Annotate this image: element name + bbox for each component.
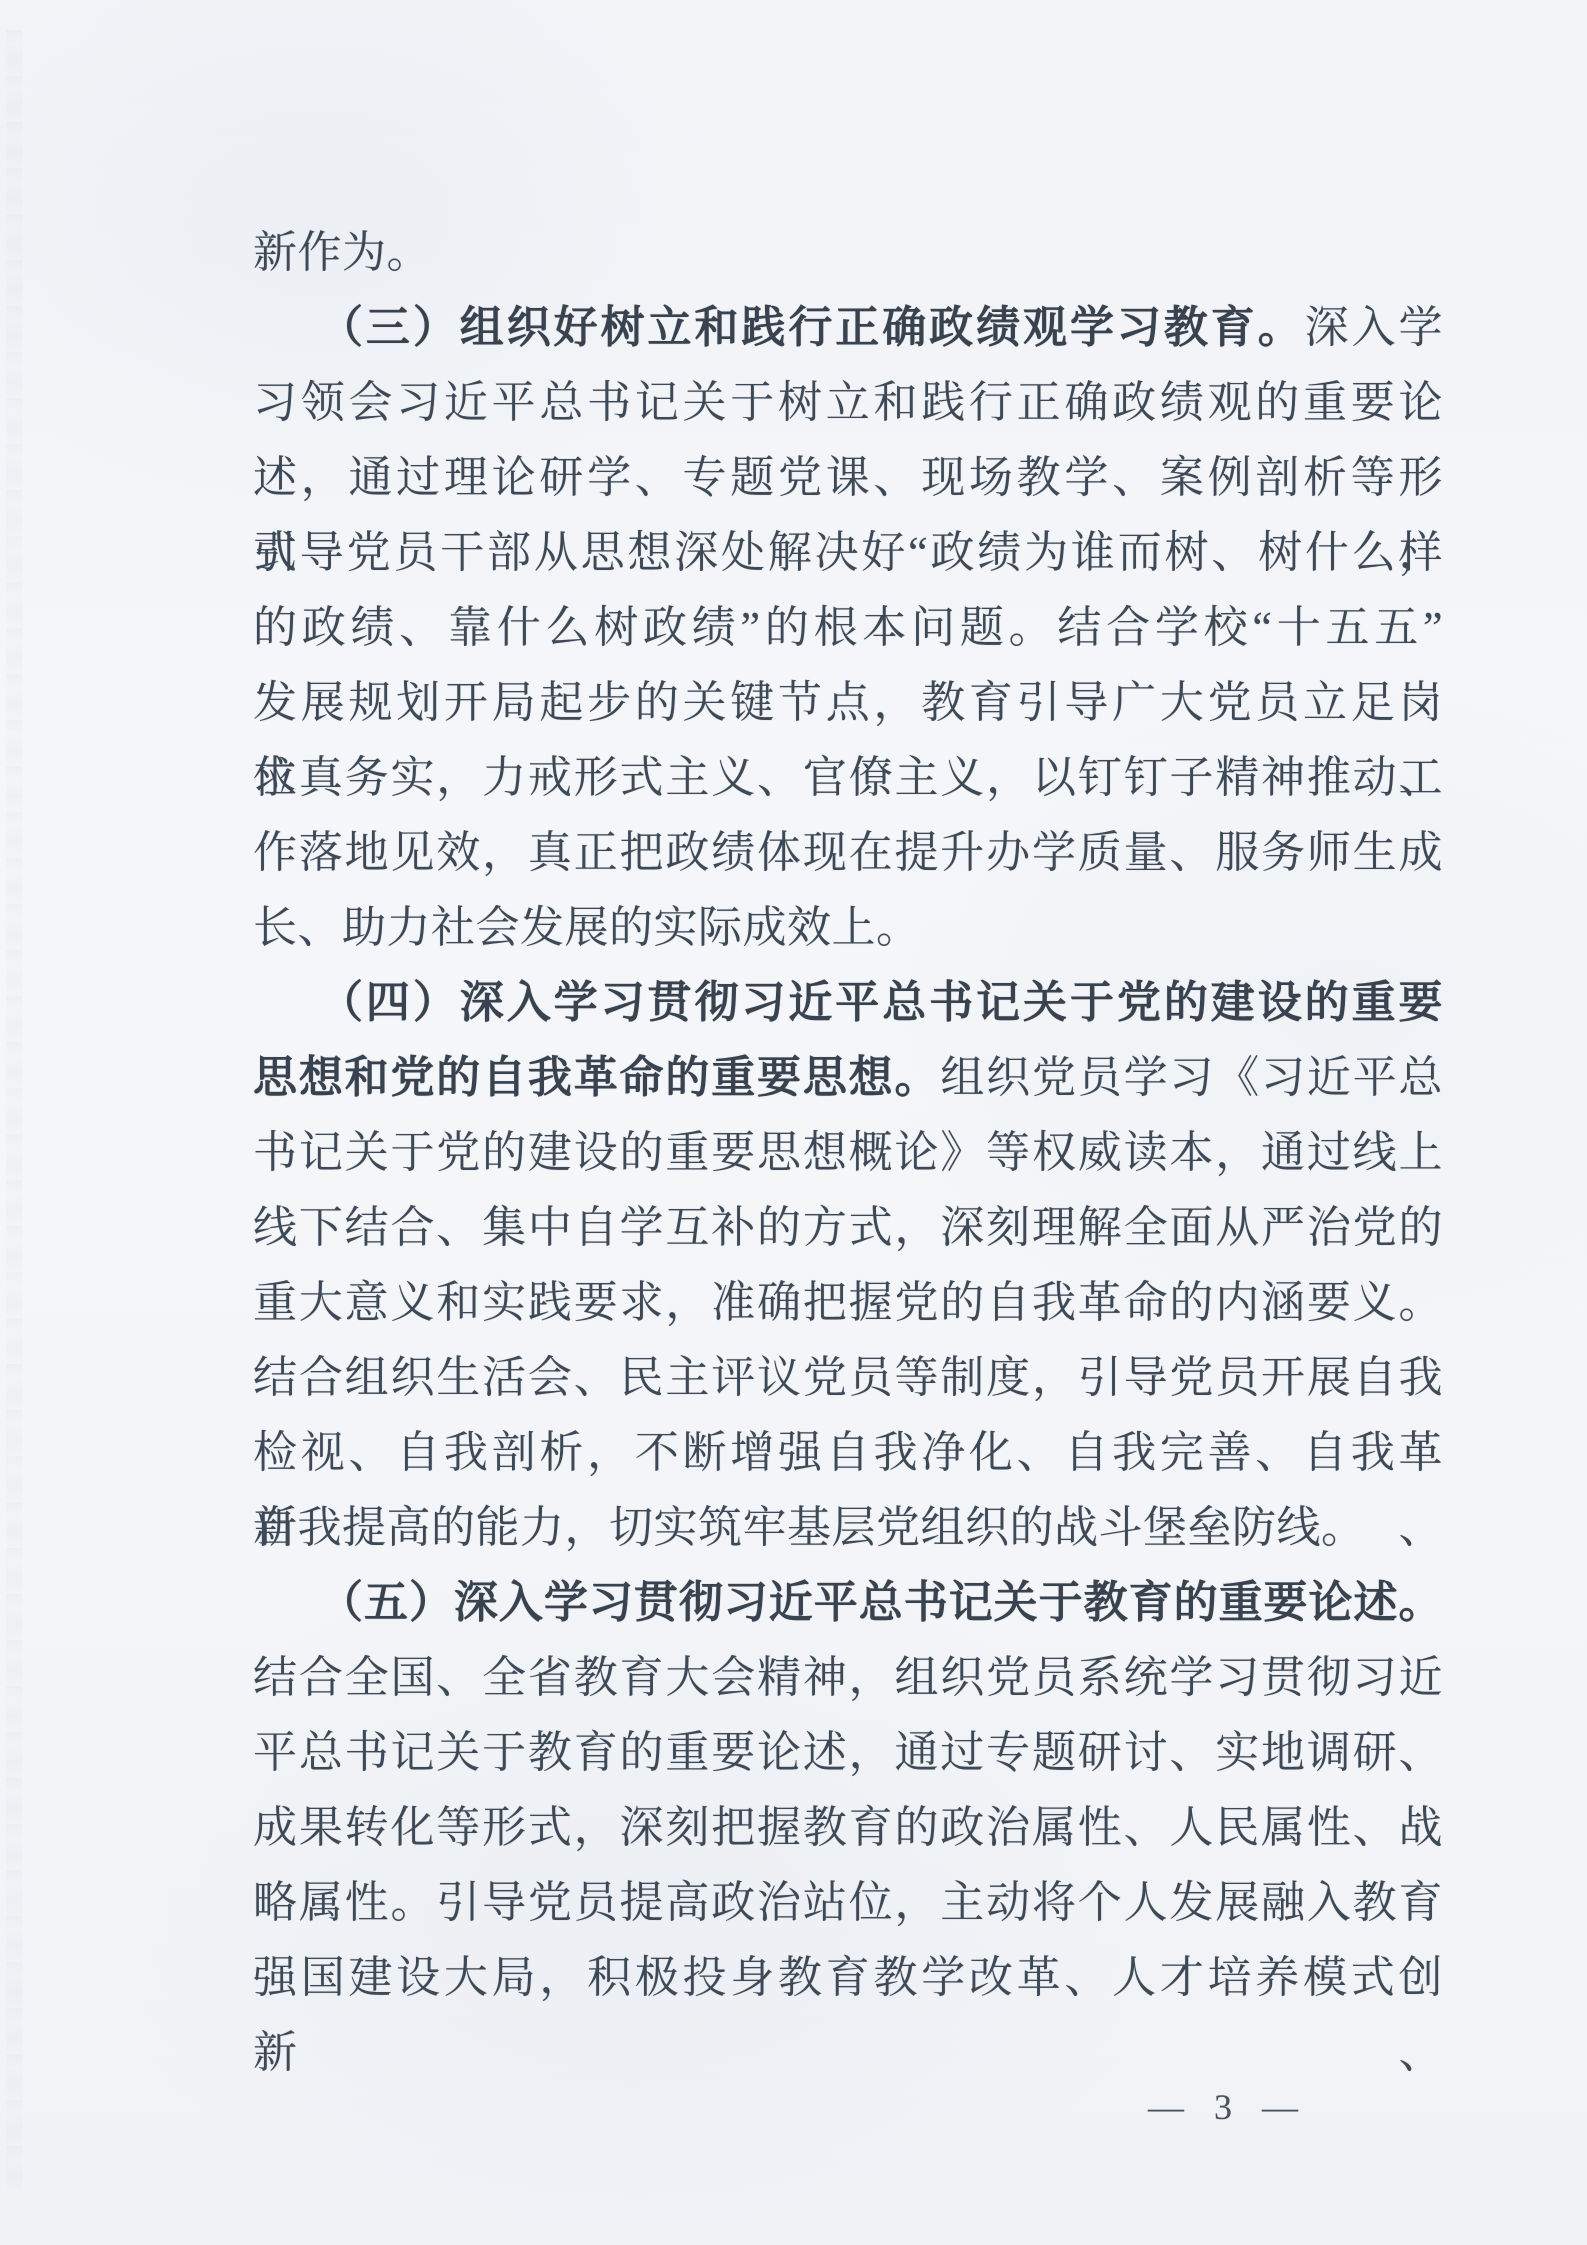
- section-heading-text: 思想和党的自我革命的重要思想。: [253, 1053, 940, 1102]
- text-line: 略属性。引导党员提高政治站位，主动将个人发展融入教育: [253, 1865, 1443, 1940]
- body-text: 结合组织生活会、民主评议党员等制度，引导党员开展自我: [253, 1353, 1443, 1402]
- body-text: 求真务实，力戒形式主义、官僚主义，以钉钉子精神推动工: [253, 753, 1443, 802]
- text-line: （五）深入学习贯彻习近平总书记关于教育的重要论述。: [253, 1565, 1443, 1640]
- text-line: 习领会习近平总书记关于树立和践行正确政绩观的重要论: [253, 365, 1443, 440]
- text-line: 的政绩、靠什么树政绩”的根本问题。结合学校“十五五”: [253, 590, 1443, 665]
- text-line: 自我提高的能力，切实筑牢基层党组织的战斗堡垒防线。: [253, 1490, 1443, 1565]
- body-text: 长、助力社会发展的实际成效上。: [253, 903, 921, 952]
- section-heading-text: （三）组织好树立和践行正确政绩观学习教育。: [319, 303, 1305, 352]
- text-line: （四）深入学习贯彻习近平总书记关于党的建设的重要: [253, 965, 1443, 1040]
- body-text: 的政绩、靠什么树政绩”的根本问题。结合学校“十五五”: [253, 603, 1443, 652]
- text-line: 新作为。: [253, 215, 1443, 290]
- section-heading-text: （四）深入学习贯彻习近平总书记关于党的建设的重要: [319, 978, 1443, 1027]
- text-line: 述，通过理论研学、专题党课、现场教学、案例剖析等形式，: [253, 440, 1443, 515]
- scan-edge-artifact: [6, 30, 22, 2190]
- footer-right-dash: —: [1262, 2086, 1298, 2128]
- text-line: 成果转化等形式，深刻把握教育的政治属性、人民属性、战: [253, 1790, 1443, 1865]
- text-line: 线下结合、集中自学互补的方式，深刻理解全面从严治党的: [253, 1190, 1443, 1265]
- text-line: 求真务实，力戒形式主义、官僚主义，以钉钉子精神推动工: [253, 740, 1443, 815]
- body-text: 结合全国、全省教育大会精神，组织党员系统学习贯彻习近: [253, 1653, 1443, 1702]
- text-line: 结合全国、全省教育大会精神，组织党员系统学习贯彻习近: [253, 1640, 1443, 1715]
- body-text: 强国建设大局，积极投身教育教学改革、人才培养模式创新、: [253, 1953, 1443, 2077]
- body-text: 新作为。: [253, 228, 431, 277]
- body-text: 书记关于党的建设的重要思想概论》等权威读本，通过线上: [253, 1128, 1443, 1177]
- body-text: 成果转化等形式，深刻把握教育的政治属性、人民属性、战: [253, 1803, 1443, 1852]
- text-line: 强国建设大局，积极投身教育教学改革、人才培养模式创新、: [253, 1940, 1443, 2015]
- page-number: 3: [1214, 2086, 1232, 2128]
- text-line: 长、助力社会发展的实际成效上。: [253, 890, 1443, 965]
- text-line: 重大意义和实践要求，准确把握党的自我革命的内涵要义。: [253, 1265, 1443, 1340]
- footer-left-dash: —: [1148, 2086, 1184, 2128]
- body-text: 线下结合、集中自学互补的方式，深刻理解全面从严治党的: [253, 1203, 1443, 1252]
- text-line: 思想和党的自我革命的重要思想。组织党员学习《习近平总: [253, 1040, 1443, 1115]
- text-line: （三）组织好树立和践行正确政绩观学习教育。深入学: [253, 290, 1443, 365]
- text-line: 结合组织生活会、民主评议党员等制度，引导党员开展自我: [253, 1340, 1443, 1415]
- section-heading-text: （五）深入学习贯彻习近平总书记关于教育的重要论述。: [319, 1578, 1443, 1627]
- body-text: 自我提高的能力，切实筑牢基层党组织的战斗堡垒防线。: [253, 1503, 1366, 1552]
- body-text: 深入学: [1305, 303, 1443, 352]
- body-text: 组织党员学习《习近平总: [940, 1053, 1443, 1102]
- body-text: 作落地见效，真正把政绩体现在提升办学质量、服务师生成: [253, 828, 1443, 877]
- page-number-footer: — 3 —: [1148, 2086, 1298, 2128]
- text-line: 引导党员干部从思想深处解决好“政绩为谁而树、树什么样: [253, 515, 1443, 590]
- body-text: 引导党员干部从思想深处解决好“政绩为谁而树、树什么样: [253, 528, 1443, 577]
- text-line: 书记关于党的建设的重要思想概论》等权威读本，通过线上: [253, 1115, 1443, 1190]
- text-line: 作落地见效，真正把政绩体现在提升办学质量、服务师生成: [253, 815, 1443, 890]
- text-line: 发展规划开局起步的关键节点，教育引导广大党员立足岗位、: [253, 665, 1443, 740]
- body-text: 习领会习近平总书记关于树立和践行正确政绩观的重要论: [253, 378, 1443, 427]
- text-line: 平总书记关于教育的重要论述，通过专题研讨、实地调研、: [253, 1715, 1443, 1790]
- body-text: 重大意义和实践要求，准确把握党的自我革命的内涵要义。: [253, 1278, 1443, 1327]
- body-text: 平总书记关于教育的重要论述，通过专题研讨、实地调研、: [253, 1728, 1443, 1777]
- body-text: 略属性。引导党员提高政治站位，主动将个人发展融入教育: [253, 1878, 1443, 1927]
- document-body: 新作为。（三）组织好树立和践行正确政绩观学习教育。深入学习领会习近平总书记关于树…: [253, 215, 1443, 2015]
- text-line: 检视、自我剖析，不断增强自我净化、自我完善、自我革新、: [253, 1415, 1443, 1490]
